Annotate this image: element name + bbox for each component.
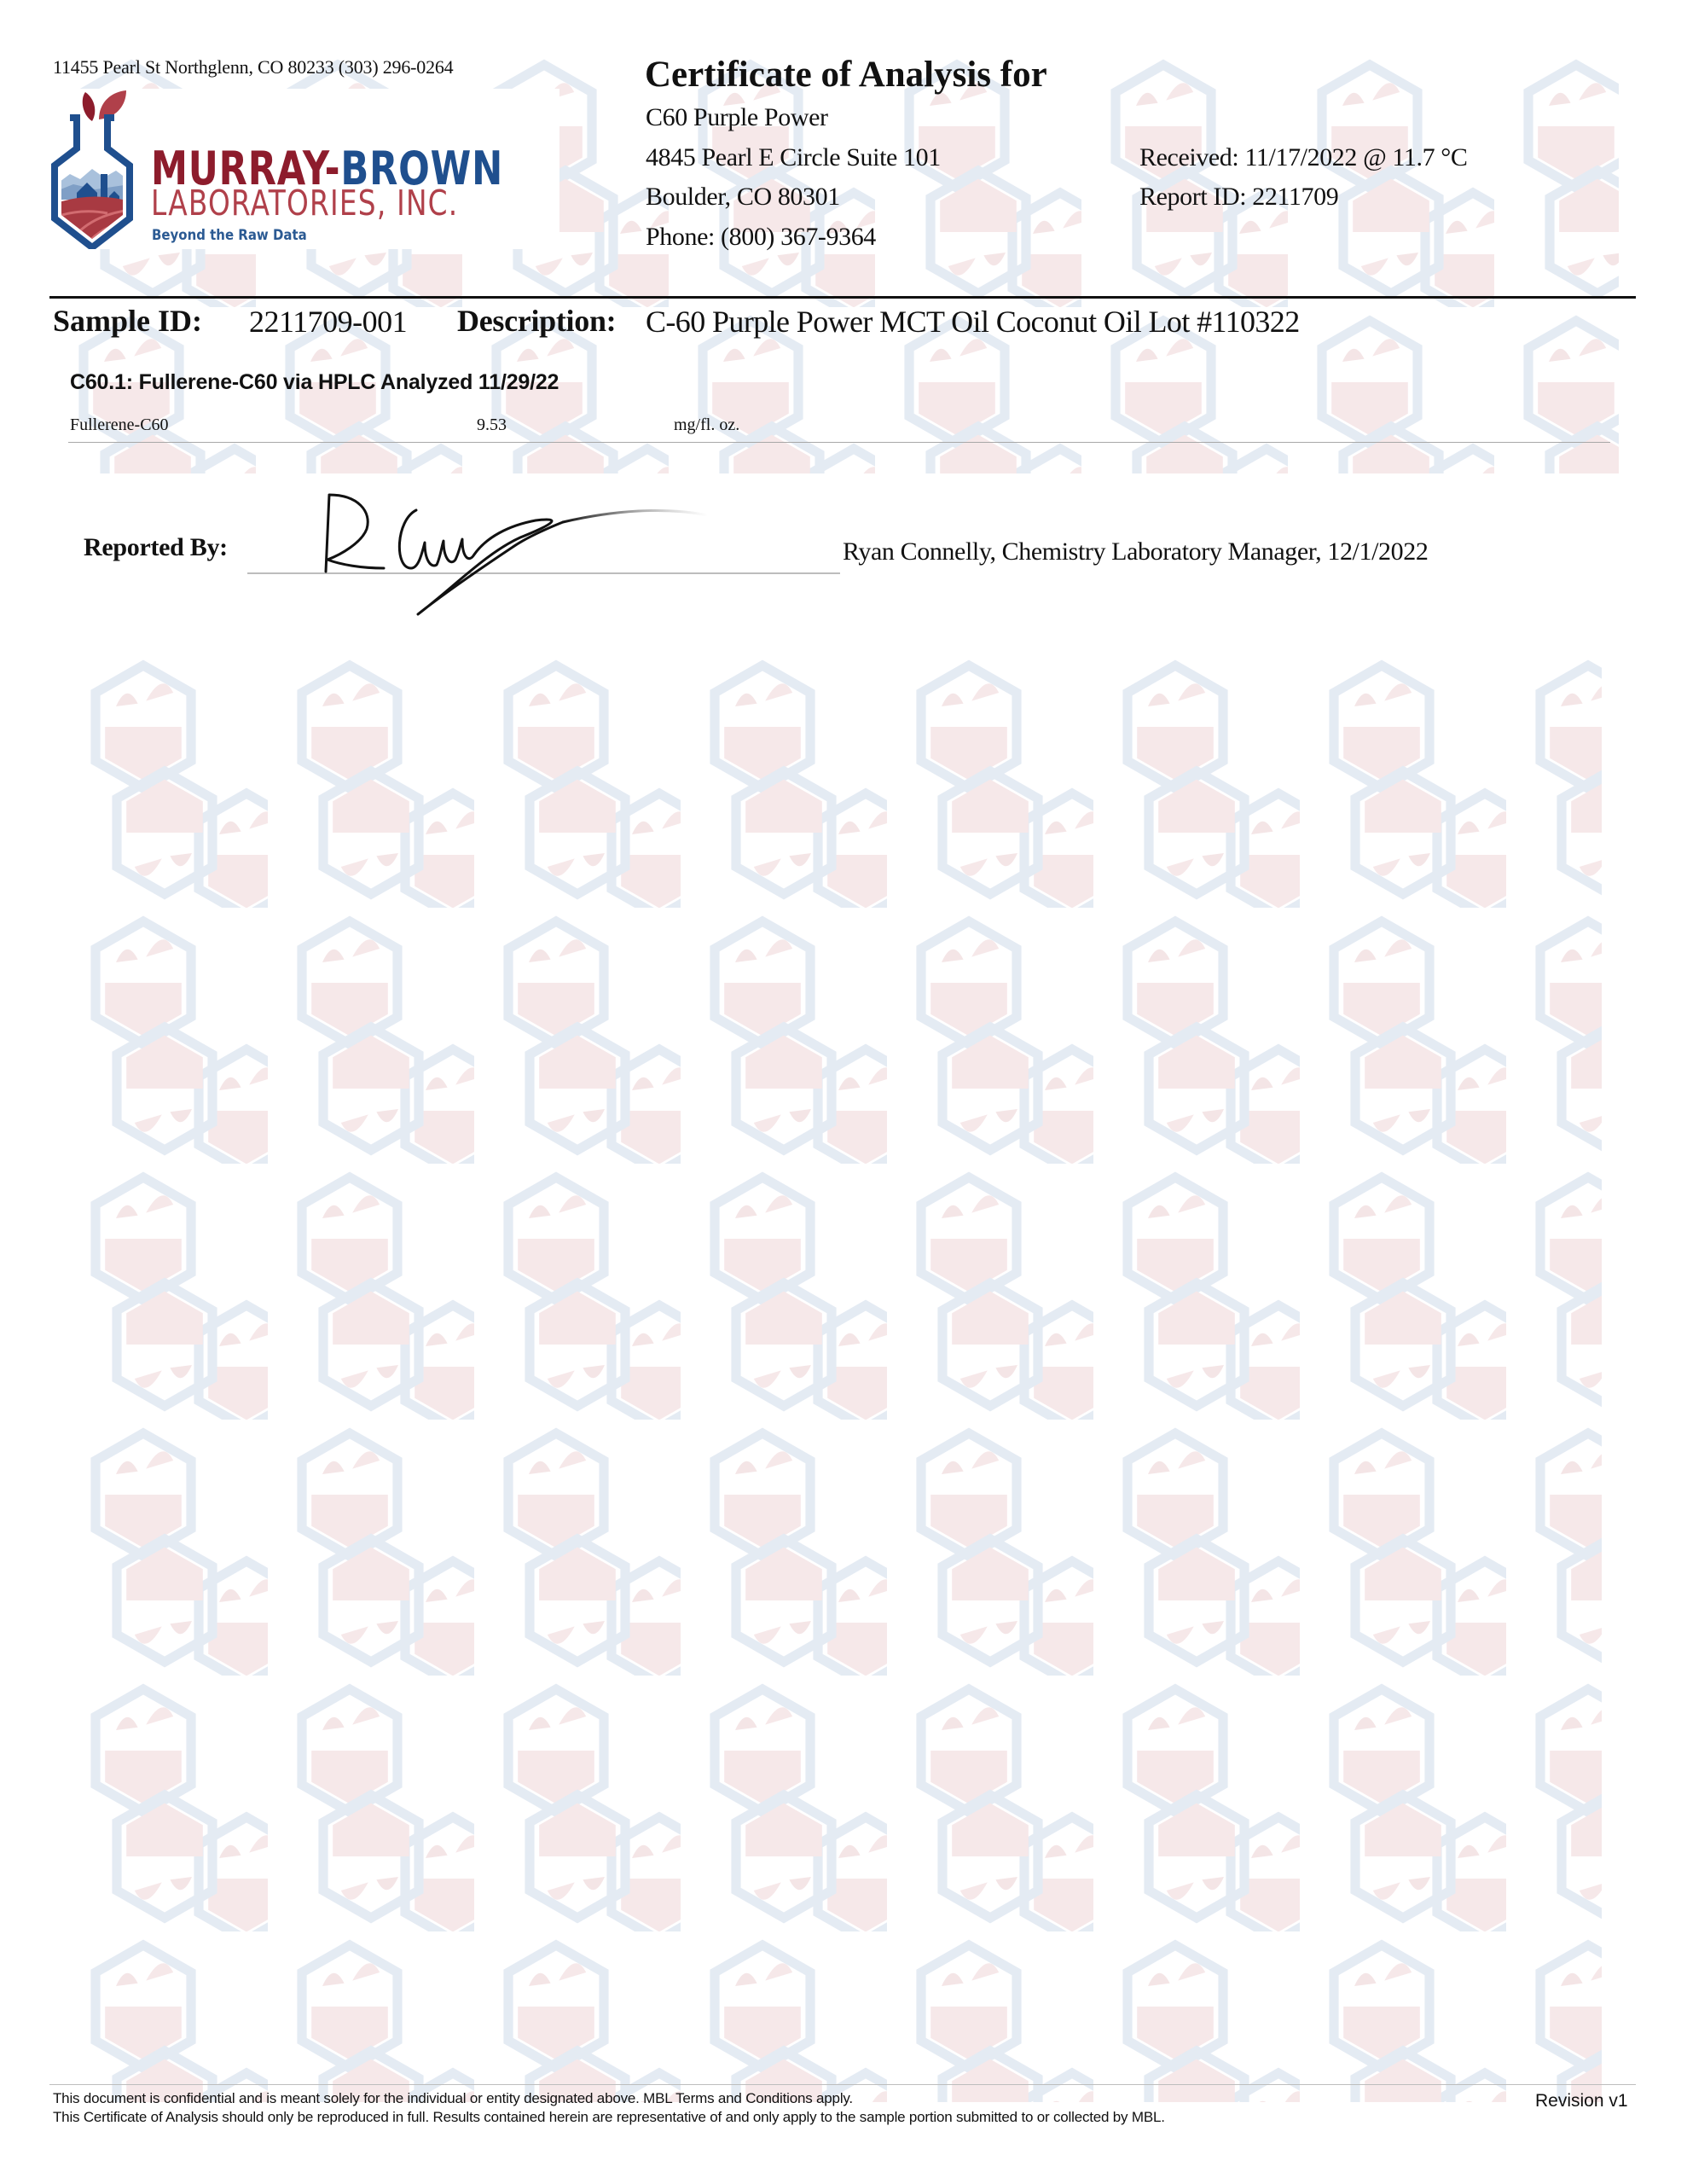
lab-logo: MURRAY-BROWN LABORATORIES, INC. Beyond t… <box>48 89 559 249</box>
certificate-title: Certificate of Analysis for <box>645 54 1047 96</box>
analysis-heading: C60.1: Fullerene-C60 via HPLC Analyzed 1… <box>70 370 559 395</box>
client-name: C60 Purple Power <box>646 103 828 132</box>
watermark-pattern-main <box>61 652 1602 2102</box>
logo-company-suffix: LABORATORIES, INC. <box>151 183 458 224</box>
client-address-line1: 4845 Pearl E Circle Suite 101 <box>646 143 941 172</box>
footer-divider <box>49 2084 1636 2085</box>
analyte-result: 9.53 <box>477 415 507 435</box>
flask-logo-icon <box>48 89 150 249</box>
lab-address: 11455 Pearl St Northglenn, CO 80233 (303… <box>53 56 453 78</box>
report-id: Report ID: 2211709 <box>1139 183 1338 212</box>
received-info: Received: 11/17/2022 @ 11.7 °C <box>1139 143 1468 172</box>
description-value: C-60 Purple Power MCT Oil Coconut Oil Lo… <box>646 304 1300 340</box>
section-divider <box>49 296 1636 299</box>
row-divider <box>68 442 1610 443</box>
client-phone: Phone: (800) 367-9364 <box>646 223 876 252</box>
sample-id-value: 2211709-001 <box>249 304 407 340</box>
client-address-line2: Boulder, CO 80301 <box>646 183 840 212</box>
revision-label: Revision v1 <box>1535 2091 1628 2111</box>
footer-confidentiality-notice: This document is confidential and is mea… <box>53 2090 853 2107</box>
analyte-name: Fullerene-C60 <box>70 415 169 435</box>
reporter-name-title-date: Ryan Connelly, Chemistry Laboratory Mana… <box>843 537 1428 566</box>
sample-id-label: Sample ID: <box>53 303 202 339</box>
reported-by-label: Reported By: <box>84 533 228 562</box>
logo-tagline: Beyond the Raw Data <box>152 227 307 244</box>
footer-reproduction-notice: This Certificate of Analysis should only… <box>53 2109 1165 2126</box>
analyte-units: mg/fl. oz. <box>674 415 739 435</box>
watermark-logo-icon <box>61 652 1602 2102</box>
signature-icon <box>307 486 819 623</box>
description-label: Description: <box>457 303 616 339</box>
